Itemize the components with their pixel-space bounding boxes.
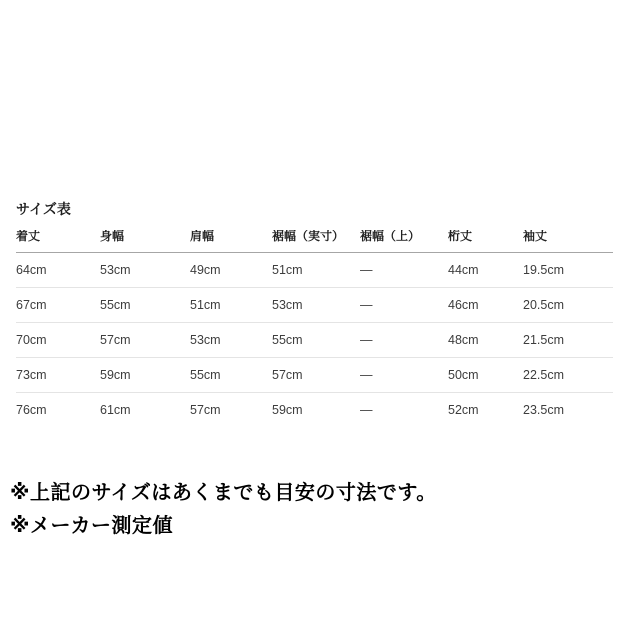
size-chart-page: サイズ表 着丈身幅肩幅裾幅（実寸）裾幅（上）桁丈袖丈 64cm53cm49cm5… bbox=[0, 202, 620, 543]
column-header: 裾幅（上） bbox=[360, 230, 448, 253]
size-table-body: 64cm53cm49cm51cm—44cm19.5cm67cm55cm51cm5… bbox=[16, 253, 613, 428]
column-header: 袖丈 bbox=[523, 230, 613, 253]
table-cell: — bbox=[360, 323, 448, 358]
table-cell: — bbox=[360, 393, 448, 428]
note-line-1: ※上記のサイズはあくまでも目安の寸法です。 bbox=[10, 477, 620, 510]
table-cell: 22.5cm bbox=[523, 358, 613, 393]
table-row: 76cm61cm57cm59cm—52cm23.5cm bbox=[16, 393, 613, 428]
table-cell: 67cm bbox=[16, 288, 100, 323]
column-header: 裾幅（実寸） bbox=[272, 230, 360, 253]
table-cell: 52cm bbox=[448, 393, 523, 428]
table-cell: 50cm bbox=[448, 358, 523, 393]
table-row: 73cm59cm55cm57cm—50cm22.5cm bbox=[16, 358, 613, 393]
table-cell: 19.5cm bbox=[523, 253, 613, 288]
table-cell: 51cm bbox=[190, 288, 272, 323]
table-cell: 53cm bbox=[190, 323, 272, 358]
table-cell: 49cm bbox=[190, 253, 272, 288]
table-cell: 61cm bbox=[100, 393, 190, 428]
table-header-row: 着丈身幅肩幅裾幅（実寸）裾幅（上）桁丈袖丈 bbox=[16, 230, 613, 253]
table-cell: 57cm bbox=[100, 323, 190, 358]
column-header: 桁丈 bbox=[448, 230, 523, 253]
size-table: 着丈身幅肩幅裾幅（実寸）裾幅（上）桁丈袖丈 64cm53cm49cm51cm—4… bbox=[16, 230, 613, 427]
table-cell: 76cm bbox=[16, 393, 100, 428]
table-cell: 44cm bbox=[448, 253, 523, 288]
table-cell: 55cm bbox=[272, 323, 360, 358]
table-cell: — bbox=[360, 288, 448, 323]
table-row: 67cm55cm51cm53cm—46cm20.5cm bbox=[16, 288, 613, 323]
table-cell: 59cm bbox=[100, 358, 190, 393]
table-cell: 57cm bbox=[272, 358, 360, 393]
table-cell: 55cm bbox=[190, 358, 272, 393]
table-cell: 53cm bbox=[272, 288, 360, 323]
note-line-2: ※メーカー測定値 bbox=[10, 510, 620, 543]
table-cell: 53cm bbox=[100, 253, 190, 288]
table-cell: 23.5cm bbox=[523, 393, 613, 428]
table-cell: — bbox=[360, 358, 448, 393]
size-table-head: 着丈身幅肩幅裾幅（実寸）裾幅（上）桁丈袖丈 bbox=[16, 230, 613, 253]
table-cell: 46cm bbox=[448, 288, 523, 323]
notes: ※上記のサイズはあくまでも目安の寸法です。 ※メーカー測定値 bbox=[10, 477, 620, 543]
table-row: 64cm53cm49cm51cm—44cm19.5cm bbox=[16, 253, 613, 288]
table-row: 70cm57cm53cm55cm—48cm21.5cm bbox=[16, 323, 613, 358]
table-cell: 59cm bbox=[272, 393, 360, 428]
table-cell: 51cm bbox=[272, 253, 360, 288]
table-cell: 70cm bbox=[16, 323, 100, 358]
column-header: 着丈 bbox=[16, 230, 100, 253]
table-cell: 48cm bbox=[448, 323, 523, 358]
page-title: サイズ表 bbox=[16, 202, 620, 217]
column-header: 肩幅 bbox=[190, 230, 272, 253]
table-cell: 73cm bbox=[16, 358, 100, 393]
table-cell: 57cm bbox=[190, 393, 272, 428]
table-cell: 64cm bbox=[16, 253, 100, 288]
table-cell: 21.5cm bbox=[523, 323, 613, 358]
table-cell: 55cm bbox=[100, 288, 190, 323]
table-cell: 20.5cm bbox=[523, 288, 613, 323]
table-cell: — bbox=[360, 253, 448, 288]
column-header: 身幅 bbox=[100, 230, 190, 253]
